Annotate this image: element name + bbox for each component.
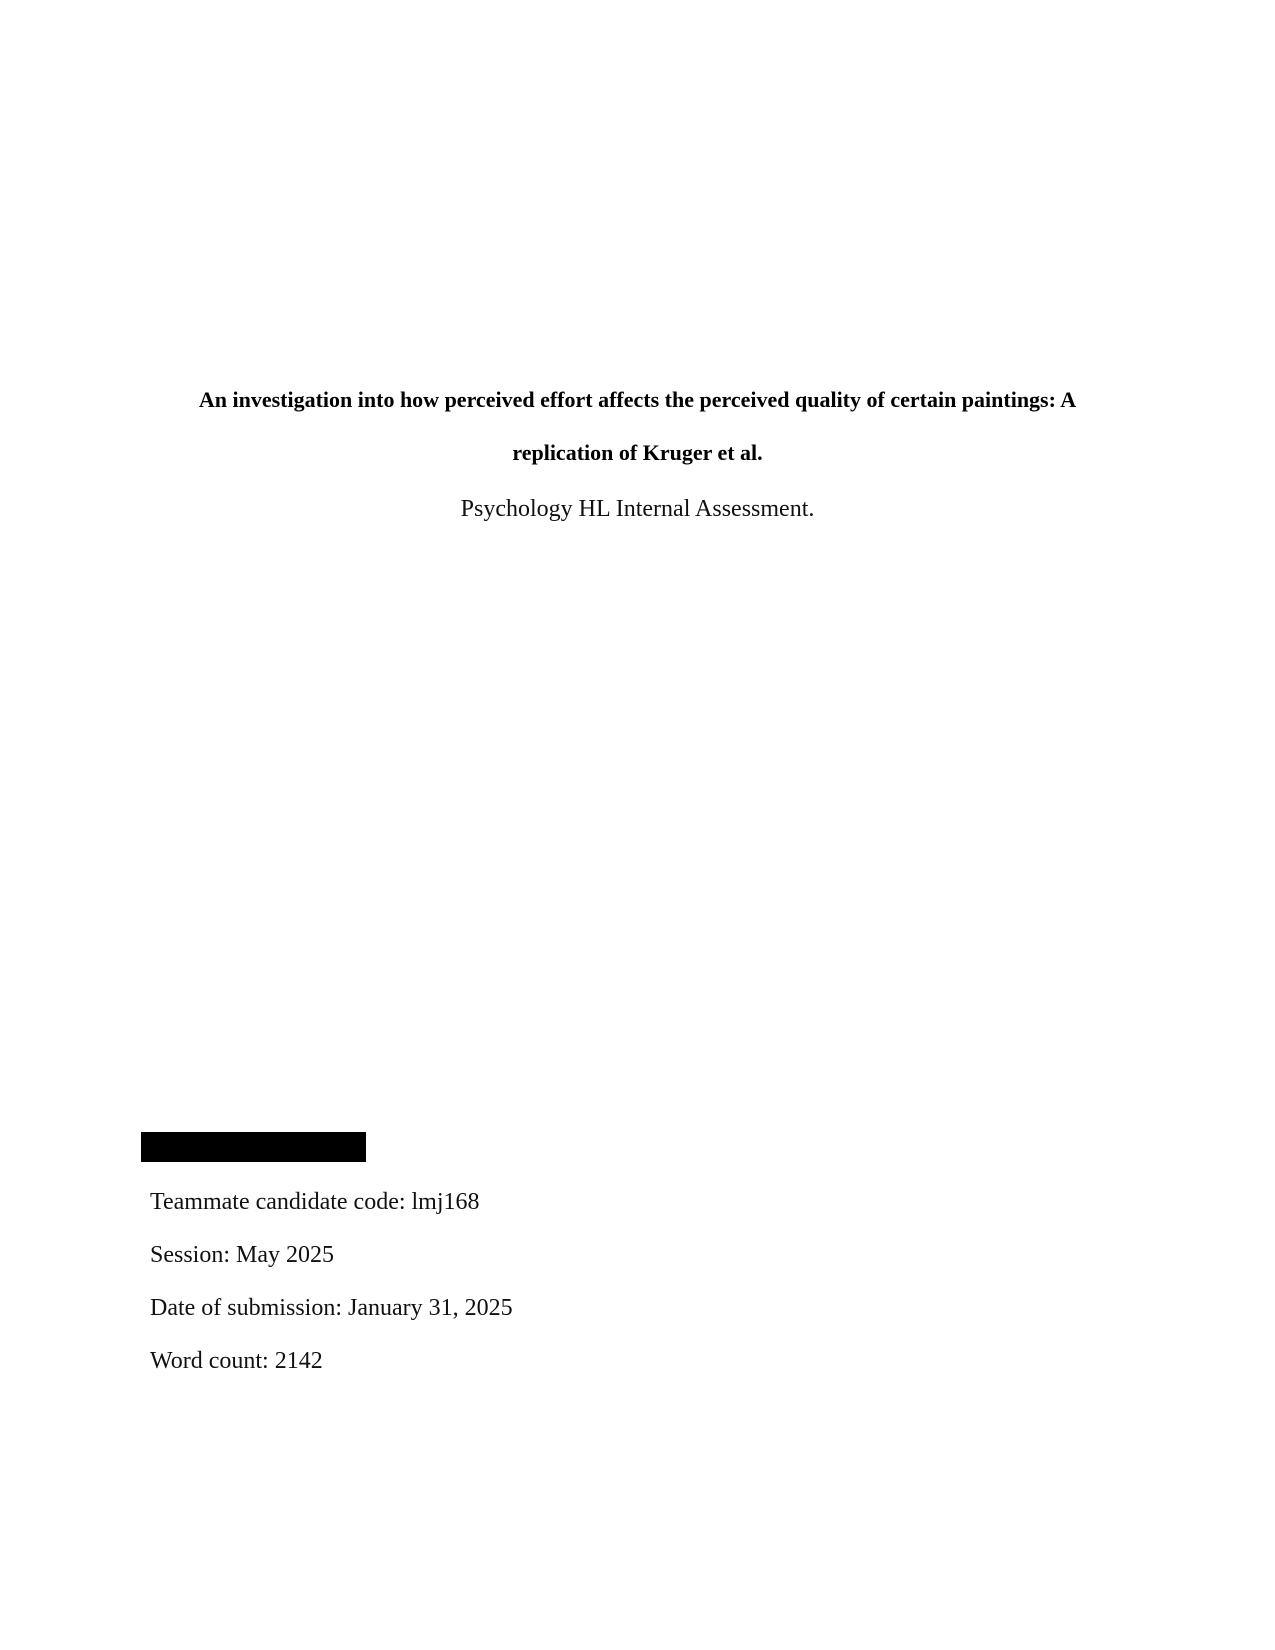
session: Session: May 2025 [150,1242,334,1268]
document-title-line-2: replication of Kruger et al. [0,442,1275,464]
word-count: Word count: 2142 [150,1348,323,1374]
redacted-candidate-name [141,1132,366,1162]
teammate-candidate-code: Teammate candidate code: lmj168 [150,1189,480,1215]
document-subtitle: Psychology HL Internal Assessment. [0,497,1275,521]
date-of-submission: Date of submission: January 31, 2025 [150,1295,513,1321]
document-title-line-1: An investigation into how perceived effo… [0,389,1275,411]
